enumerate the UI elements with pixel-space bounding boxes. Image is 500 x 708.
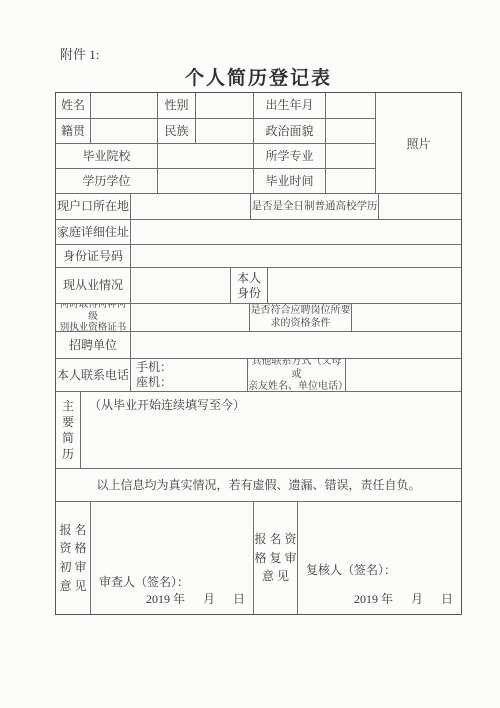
row-id-number: 身份证号码 — [56, 245, 461, 268]
personal-identity-value-cell — [268, 268, 461, 303]
political-status-value-cell — [326, 119, 375, 143]
field-label-current-employment: 现从业情况 — [56, 268, 131, 303]
ethnicity-value-cell — [196, 119, 254, 143]
field-label-re-review: 报 名 资 格 复 审 意 见 — [254, 502, 298, 614]
degree-value-cell — [158, 169, 254, 193]
field-label-home-address: 家庭详细住址 — [56, 220, 131, 244]
row-degree-gradtime: 学历学位 毕业时间 — [56, 169, 375, 193]
main-resume-area: （从毕业开始连续填写至今） — [81, 392, 461, 468]
row-review-opinions: 报 名 资 格 初 审 意 见 审查人（签名）： 2019 年 月 日 报 名 … — [56, 502, 461, 614]
native-place-value-cell — [91, 119, 158, 143]
field-label-fulltime-question: 是否是全日制普通高校学历 — [251, 194, 379, 219]
recruiting-unit-value-cell — [131, 332, 461, 358]
phone-entry-cell: 手机： 座机： — [131, 359, 248, 391]
resume-form-table: 姓名 性别 出生年月 籍贯 民族 政治面貌 毕业院校 所学专业 — [55, 92, 462, 615]
photo-label: 照片 — [406, 135, 430, 152]
gender-value-cell — [196, 93, 254, 118]
row-statement: 以上信息均为真实情况，若有虚假、遗漏、错误，责任自负。 — [56, 469, 461, 502]
other-contact-value-cell — [346, 359, 461, 391]
certificate-value-cell — [131, 304, 250, 331]
initial-reviewer-sign-line: 审查人（签名）： — [99, 575, 245, 590]
graduation-time-value-cell — [326, 169, 375, 193]
row-name-gender-birth: 姓名 性别 出生年月 — [56, 93, 375, 119]
id-number-value-cell — [131, 245, 461, 267]
field-label-personal-identity: 本人 身份 — [231, 268, 268, 303]
field-label-initial-review: 报 名 资 格 初 审 意 见 — [56, 502, 91, 614]
field-label-name: 姓名 — [56, 93, 91, 118]
field-label-household-location: 现户口所在地 — [56, 194, 131, 219]
form-title: 个人简历登记表 — [55, 63, 462, 90]
name-value-cell — [91, 93, 158, 118]
row-main-resume: 主 要 简 历 （从毕业开始连续填写至今） — [56, 392, 461, 469]
field-label-graduate-school: 毕业院校 — [56, 144, 158, 168]
graduate-school-value-cell — [158, 144, 254, 168]
field-label-political-status: 政治面貌 — [254, 119, 326, 143]
scanned-form-page: { "doc": { "attachment": "附件 1:", "title… — [0, 0, 500, 708]
field-label-certificate-question: 何时取得何种何级 别执业资格证书 — [56, 304, 131, 331]
re-review-sign-area: 复核人（签名）： 2019 年 月 日 — [298, 502, 461, 614]
fulltime-question-value-cell — [379, 194, 461, 219]
field-label-graduation-time: 毕业时间 — [254, 169, 326, 193]
row-employment-identity: 现从业情况 本人 身份 — [56, 268, 461, 304]
basic-info-section: 姓名 性别 出生年月 籍贯 民族 政治面貌 毕业院校 所学专业 — [56, 93, 461, 194]
field-label-native-place: 籍贯 — [56, 119, 91, 143]
field-label-gender: 性别 — [158, 93, 196, 118]
row-recruiting-unit: 招聘单位 — [56, 332, 461, 359]
field-label-qualification-question: 是否符合应聘岗位所要 求的资格条件 — [250, 304, 352, 331]
row-home-address: 家庭详细住址 — [56, 220, 461, 245]
field-label-birth-date: 出生年月 — [254, 93, 326, 118]
current-employment-value-cell — [131, 268, 231, 303]
major-value-cell — [326, 144, 375, 168]
resume-hint: （从毕业开始连续填写至今） — [89, 398, 245, 412]
field-label-other-contact: 其他联系方式（父母或 亲友姓名、单位电话） — [248, 359, 346, 391]
field-label-ethnicity: 民族 — [158, 119, 196, 143]
field-label-degree: 学历学位 — [56, 169, 158, 193]
birth-date-value-cell — [326, 93, 375, 118]
qualification-value-cell — [352, 304, 461, 331]
field-label-main-resume: 主 要 简 历 — [56, 392, 81, 468]
row-contact-phone: 本人联系电话 手机： 座机： 其他联系方式（父母或 亲友姓名、单位电话） — [56, 359, 461, 392]
row-school-major: 毕业院校 所学专业 — [56, 144, 375, 169]
truth-statement: 以上信息均为真实情况，若有虚假、遗漏、错误，责任自负。 — [56, 469, 461, 501]
photo-box: 照片 — [375, 93, 461, 193]
row-household: 现户口所在地 是否是全日制普通高校学历 — [56, 194, 461, 220]
home-address-value-cell — [131, 220, 461, 244]
attachment-label: 附件 1: — [60, 44, 99, 63]
field-label-id-number: 身份证号码 — [56, 245, 131, 267]
initial-review-sign-area: 审查人（签名）： 2019 年 月 日 — [91, 502, 254, 614]
row-native-ethnic-political: 籍贯 民族 政治面貌 — [56, 119, 375, 144]
household-location-value-cell — [131, 194, 251, 219]
initial-review-date: 2019 年 月 日 — [99, 592, 245, 607]
re-review-date: 2019 年 月 日 — [306, 592, 453, 607]
re-reviewer-sign-line: 复核人（签名）： — [306, 563, 453, 578]
field-label-major: 所学专业 — [254, 144, 326, 168]
field-label-recruiting-unit: 招聘单位 — [56, 332, 131, 358]
row-certificate-qualification: 何时取得何种何级 别执业资格证书 是否符合应聘岗位所要 求的资格条件 — [56, 304, 461, 332]
field-label-contact-phone: 本人联系电话 — [56, 359, 131, 391]
